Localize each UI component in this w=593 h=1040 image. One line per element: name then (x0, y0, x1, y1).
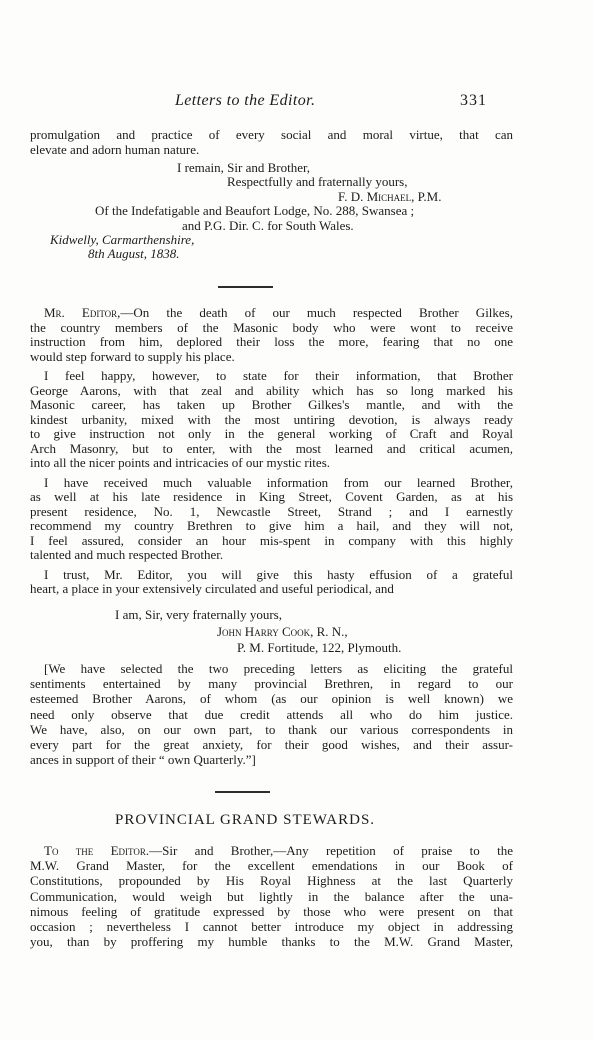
text-line: instruction from him, deplored their los… (30, 335, 513, 350)
text-line: Arch Masonry, but to enter, with the mos… (30, 442, 513, 457)
text-line: you, than by proffering my humble thanks… (30, 934, 513, 949)
salutation: Mr. Editor, (44, 305, 120, 320)
text-line: would step forward to supply his place. (30, 350, 513, 365)
text-line: I have received much valuable informatio… (30, 476, 513, 491)
section-divider (218, 286, 273, 288)
text-line: Communication, would weigh but lightly i… (30, 889, 513, 904)
running-header: Letters to the Editor. 331 (30, 94, 513, 116)
paragraph: To the Editor.—Sir and Brother,—Any repe… (30, 843, 513, 949)
text-line: into all the nicer points and intricacie… (30, 456, 513, 471)
text-line: heart, a place in your extensively circu… (30, 582, 513, 597)
letter-place: Kidwelly, Carmarthenshire, (30, 233, 513, 247)
letter-grand-stewards-body: To the Editor.—Sir and Brother,—Any repe… (30, 843, 513, 949)
text-line: sentiments entertained by many provincia… (30, 676, 513, 691)
paragraph: I have received much valuable informatio… (30, 476, 513, 563)
text-line: George Aarons, with that zeal and abilit… (30, 384, 513, 399)
text-line: I feel assured, consider an hour mis-spe… (30, 534, 513, 549)
text-line: the country members of the Masonic body … (30, 321, 513, 336)
scanned-book-page: Letters to the Editor. 331 promulgation … (0, 0, 593, 1040)
text-run: —On the death of our much respected Brot… (120, 305, 513, 320)
editor-note: [We have selected the two preceding lett… (30, 661, 513, 767)
text-line: Mr. Editor,—On the death of our much res… (30, 306, 513, 321)
text-line: We have, also, on our own part, to thank… (30, 722, 513, 737)
running-title: Letters to the Editor. (175, 94, 315, 109)
letter-cook-body: Mr. Editor,—On the death of our much res… (30, 306, 513, 597)
letter-date: 8th August, 1838. (30, 247, 513, 261)
letter-cook-closing: I am, Sir, very fraternally yours, John … (30, 607, 513, 657)
text-line: nimous feeling of gratitude expressed by… (30, 904, 513, 919)
letter-michael-closing: I remain, Sir and Brother, Respectfully … (30, 161, 513, 262)
text-line: kindest urbanity, mixed with the most un… (30, 413, 513, 428)
valediction-line: Respectfully and fraternally yours, (30, 175, 513, 189)
text-line: talented and much respected Brother. (30, 548, 513, 563)
text-line: need only observe that due credit attend… (30, 707, 513, 722)
text-line: M.W. Grand Master, for the excellent eme… (30, 858, 513, 873)
text-line: Constitutions, propounded by His Royal H… (30, 873, 513, 888)
text-lines: I have received much valuable informatio… (30, 476, 513, 563)
text-line: To the Editor.—Sir and Brother,—Any repe… (30, 843, 513, 858)
text-run: —Sir and Brother,—Any repetition of prai… (149, 843, 513, 858)
text-line: recommend my country Brethren to give hi… (30, 519, 513, 534)
text-line: to give instruction not only in the gene… (30, 427, 513, 442)
page-number: 331 (460, 94, 487, 109)
text-line: as well at his late residence in King St… (30, 490, 513, 505)
paragraph: Mr. Editor,—On the death of our much res… (30, 306, 513, 364)
text-line: I feel happy, however, to state for thei… (30, 369, 513, 384)
signature: John Harry Cook, R. N., (30, 624, 513, 641)
signature-title-line: Of the Indefatigable and Beaufort Lodge,… (30, 204, 513, 218)
signature: F. D. Michael, P.M. (30, 190, 513, 204)
paragraph: I trust, Mr. Editor, you will give this … (30, 568, 513, 597)
paragraph: I feel happy, however, to state for thei… (30, 369, 513, 471)
text-line: Masonic career, has taken up Brother Gil… (30, 398, 513, 413)
signature-title-line: P. M. Fortitude, 122, Plymouth. (30, 640, 513, 657)
text-line: promulgation and practice of every socia… (30, 128, 513, 143)
section-divider (215, 791, 270, 793)
valediction-line: I am, Sir, very fraternally yours, (30, 607, 513, 624)
text-lines: [We have selected the two preceding lett… (30, 661, 513, 767)
text-lines: I feel happy, however, to state for thei… (30, 369, 513, 471)
text-lines: I trust, Mr. Editor, you will give this … (30, 568, 513, 597)
section-heading-text: PROVINCIAL GRAND STEWARDS. (115, 813, 375, 828)
text-line: I trust, Mr. Editor, you will give this … (30, 568, 513, 583)
valediction-line: I remain, Sir and Brother, (30, 161, 513, 175)
text-line: every part for the great anxiety, for th… (30, 737, 513, 752)
text-line: esteemed Brother Aarons, of whom (as our… (30, 691, 513, 706)
text-line: ances in support of their “ own Quarterl… (30, 752, 513, 767)
text-line: occasion ; nevertheless I cannot better … (30, 919, 513, 934)
salutation: To the Editor. (44, 843, 149, 858)
letter-michael-continuation: promulgation and practice of every socia… (30, 128, 513, 157)
text-line: elevate and adorn human nature. (30, 143, 513, 158)
text-lines: M.W. Grand Master, for the excellent eme… (30, 858, 513, 949)
text-line: present residence, No. 1, Newcastle Stre… (30, 505, 513, 520)
text-lines: the country members of the Masonic body … (30, 321, 513, 365)
signature-title-line: and P.G. Dir. C. for South Wales. (30, 219, 513, 233)
text-line: [We have selected the two preceding lett… (30, 661, 513, 676)
